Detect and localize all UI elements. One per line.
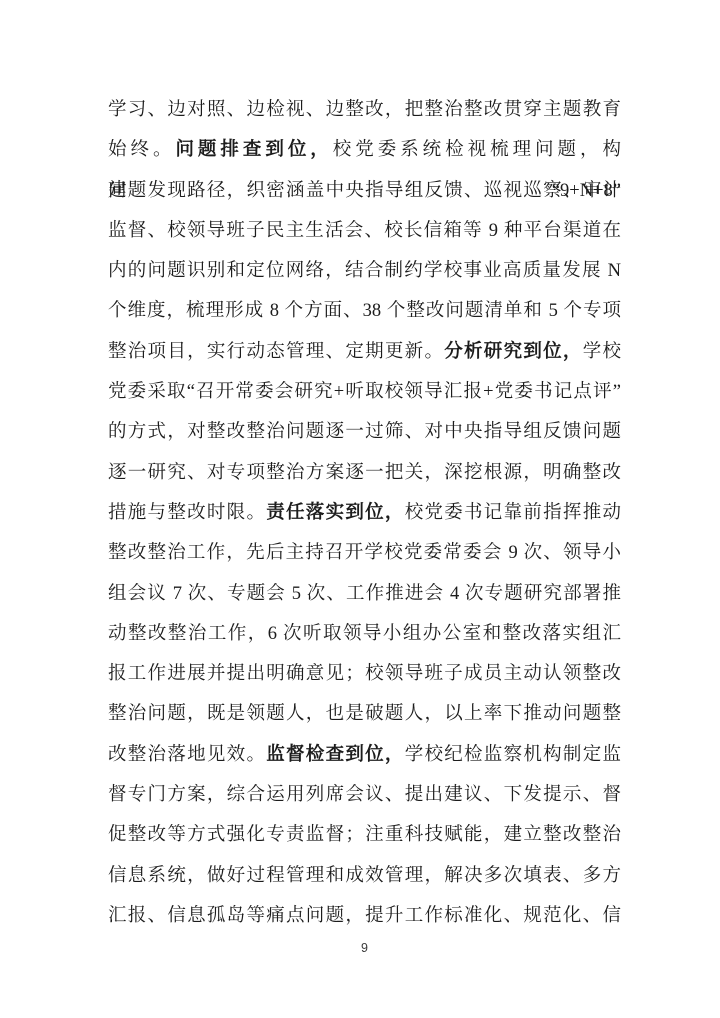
body-text-segment: 措施与整改时限。 — [108, 503, 266, 523]
text-line: 动整改整治工作，6 次听取领导小组办公室和整改落实组汇 — [108, 614, 621, 654]
text-line: 报工作进展并提出明确意见；校领导班子成员主动认领整改 — [108, 654, 621, 694]
body-text-segment: 报工作进展并提出明确意见；校领导班子成员主动认领整改 — [108, 664, 621, 684]
text-line: 整改整治工作，先后主持召开学校党委常委会 9 次、领导小 — [108, 533, 621, 573]
body-text-segment: 学习、边对照、边检视、边整改，把整治整改贯穿主题教育 — [108, 100, 621, 120]
body-text-segment: 逐一研究、对专项整治方案逐一把关，深挖根源，明确整改 — [108, 463, 621, 483]
body-text-segment: 内的问题识别和定位网络，结合制约学校事业高质量发展 N — [108, 261, 621, 281]
text-line: 改整治落地见效。监督检查到位，学校纪检监察机构制定监 — [108, 735, 621, 775]
body-text-segment: 党委采取“召开常委会研究+听取校领导汇报+党委书记点评” — [108, 382, 621, 402]
emphasis-text: 监督检查到位， — [266, 745, 404, 765]
text-line: 措施与整改时限。责任落实到位，校党委书记靠前指挥推动 — [108, 493, 621, 533]
body-text-segment: 个维度，梳理形成 8 个方面、38 个整改问题清单和 5 个专项 — [108, 301, 621, 321]
text-line: 学习、边对照、边检视、边整改，把整治整改贯穿主题教育 — [108, 90, 621, 130]
body-text-segment: 汇报、信息孤岛等痛点问题，提升工作标准化、规范化、信 — [108, 906, 621, 926]
body-text-segment: 学校纪检监察机构制定监 — [405, 745, 621, 765]
body-text-block: 学习、边对照、边检视、边整改，把整治整改贯穿主题教育始终。问题排查到位，校党委系… — [108, 90, 621, 936]
body-text-segment: 改整治落地见效。 — [108, 745, 266, 765]
emphasis-text: 问题排查到位， — [175, 140, 332, 160]
text-line: 监督、校领导班子民主生活会、校长信箱等 9 种平台渠道在 — [108, 211, 621, 251]
body-text-segment: 监督、校领导班子民主生活会、校长信箱等 9 种平台渠道在 — [108, 221, 621, 241]
text-line: 组会议 7 次、专题会 5 次、工作推进会 4 次专题研究部署推 — [108, 574, 621, 614]
emphasis-text: 分析研究到位， — [444, 342, 582, 362]
page-footer: 9 — [108, 939, 621, 957]
body-text-segment: 的方式，对整改整治问题逐一过筛、对中央指导组反馈问题 — [108, 422, 621, 442]
body-text-segment: 整治项目，实行动态管理、定期更新。 — [108, 342, 444, 362]
body-text-segment: 整改整治工作，先后主持召开学校党委常委会 9 次、领导小 — [108, 543, 621, 563]
body-text-segment: 信息系统，做好过程管理和成效管理，解决多次填表、多方 — [108, 866, 621, 886]
body-text-segment: 问题发现路径，织密涵盖中央指导组反馈、巡视巡察、审计 — [108, 181, 621, 201]
body-text-segment: 督专门方案，综合运用列席会议、提出建议、下发提示、督 — [108, 785, 621, 805]
body-text-segment: 校党委书记靠前指挥推动 — [405, 503, 621, 523]
text-line: 整治项目，实行动态管理、定期更新。分析研究到位，学校 — [108, 332, 621, 372]
document-page: 学习、边对照、边检视、边整改，把整治整改贯穿主题教育始终。问题排查到位，校党委系… — [0, 0, 720, 1018]
body-text-segment: 学校 — [583, 342, 621, 362]
text-line: 个维度，梳理形成 8 个方面、38 个整改问题清单和 5 个专项 — [108, 291, 621, 331]
text-line: 信息系统，做好过程管理和成效管理，解决多次填表、多方 — [108, 856, 621, 896]
text-line: 整治问题，既是领题人，也是破题人，以上率下推动问题整 — [108, 694, 621, 734]
emphasis-text: 责任落实到位， — [266, 503, 404, 523]
text-line: 汇报、信息孤岛等痛点问题，提升工作标准化、规范化、信 — [108, 896, 621, 936]
text-line: 党委采取“召开常委会研究+听取校领导汇报+党委书记点评” — [108, 372, 621, 412]
text-line: 的方式，对整改整治问题逐一过筛、对中央指导组反馈问题 — [108, 412, 621, 452]
page-number: 9 — [361, 941, 368, 955]
text-line: 促整改等方式强化专责监督；注重科技赋能，建立整改整治 — [108, 815, 621, 855]
body-text-segment: 组会议 7 次、专题会 5 次、工作推进会 4 次专题研究部署推 — [108, 584, 621, 604]
text-line: 内的问题识别和定位网络，结合制约学校事业高质量发展 N — [108, 251, 621, 291]
text-line: 始终。问题排查到位，校党委系统检视梳理问题，构建“9+N+8” — [108, 130, 621, 170]
text-line: 逐一研究、对专项整治方案逐一把关，深挖根源，明确整改 — [108, 453, 621, 493]
text-line: 督专门方案，综合运用列席会议、提出建议、下发提示、督 — [108, 775, 621, 815]
body-text-segment: 动整改整治工作，6 次听取领导小组办公室和整改落实组汇 — [108, 624, 621, 644]
body-text-segment: 始终。 — [108, 140, 175, 160]
body-text-segment: 促整改等方式强化专责监督；注重科技赋能，建立整改整治 — [108, 825, 621, 845]
body-text-segment: 整治问题，既是领题人，也是破题人，以上率下推动问题整 — [108, 704, 621, 724]
text-line: 问题发现路径，织密涵盖中央指导组反馈、巡视巡察、审计 — [108, 171, 621, 211]
